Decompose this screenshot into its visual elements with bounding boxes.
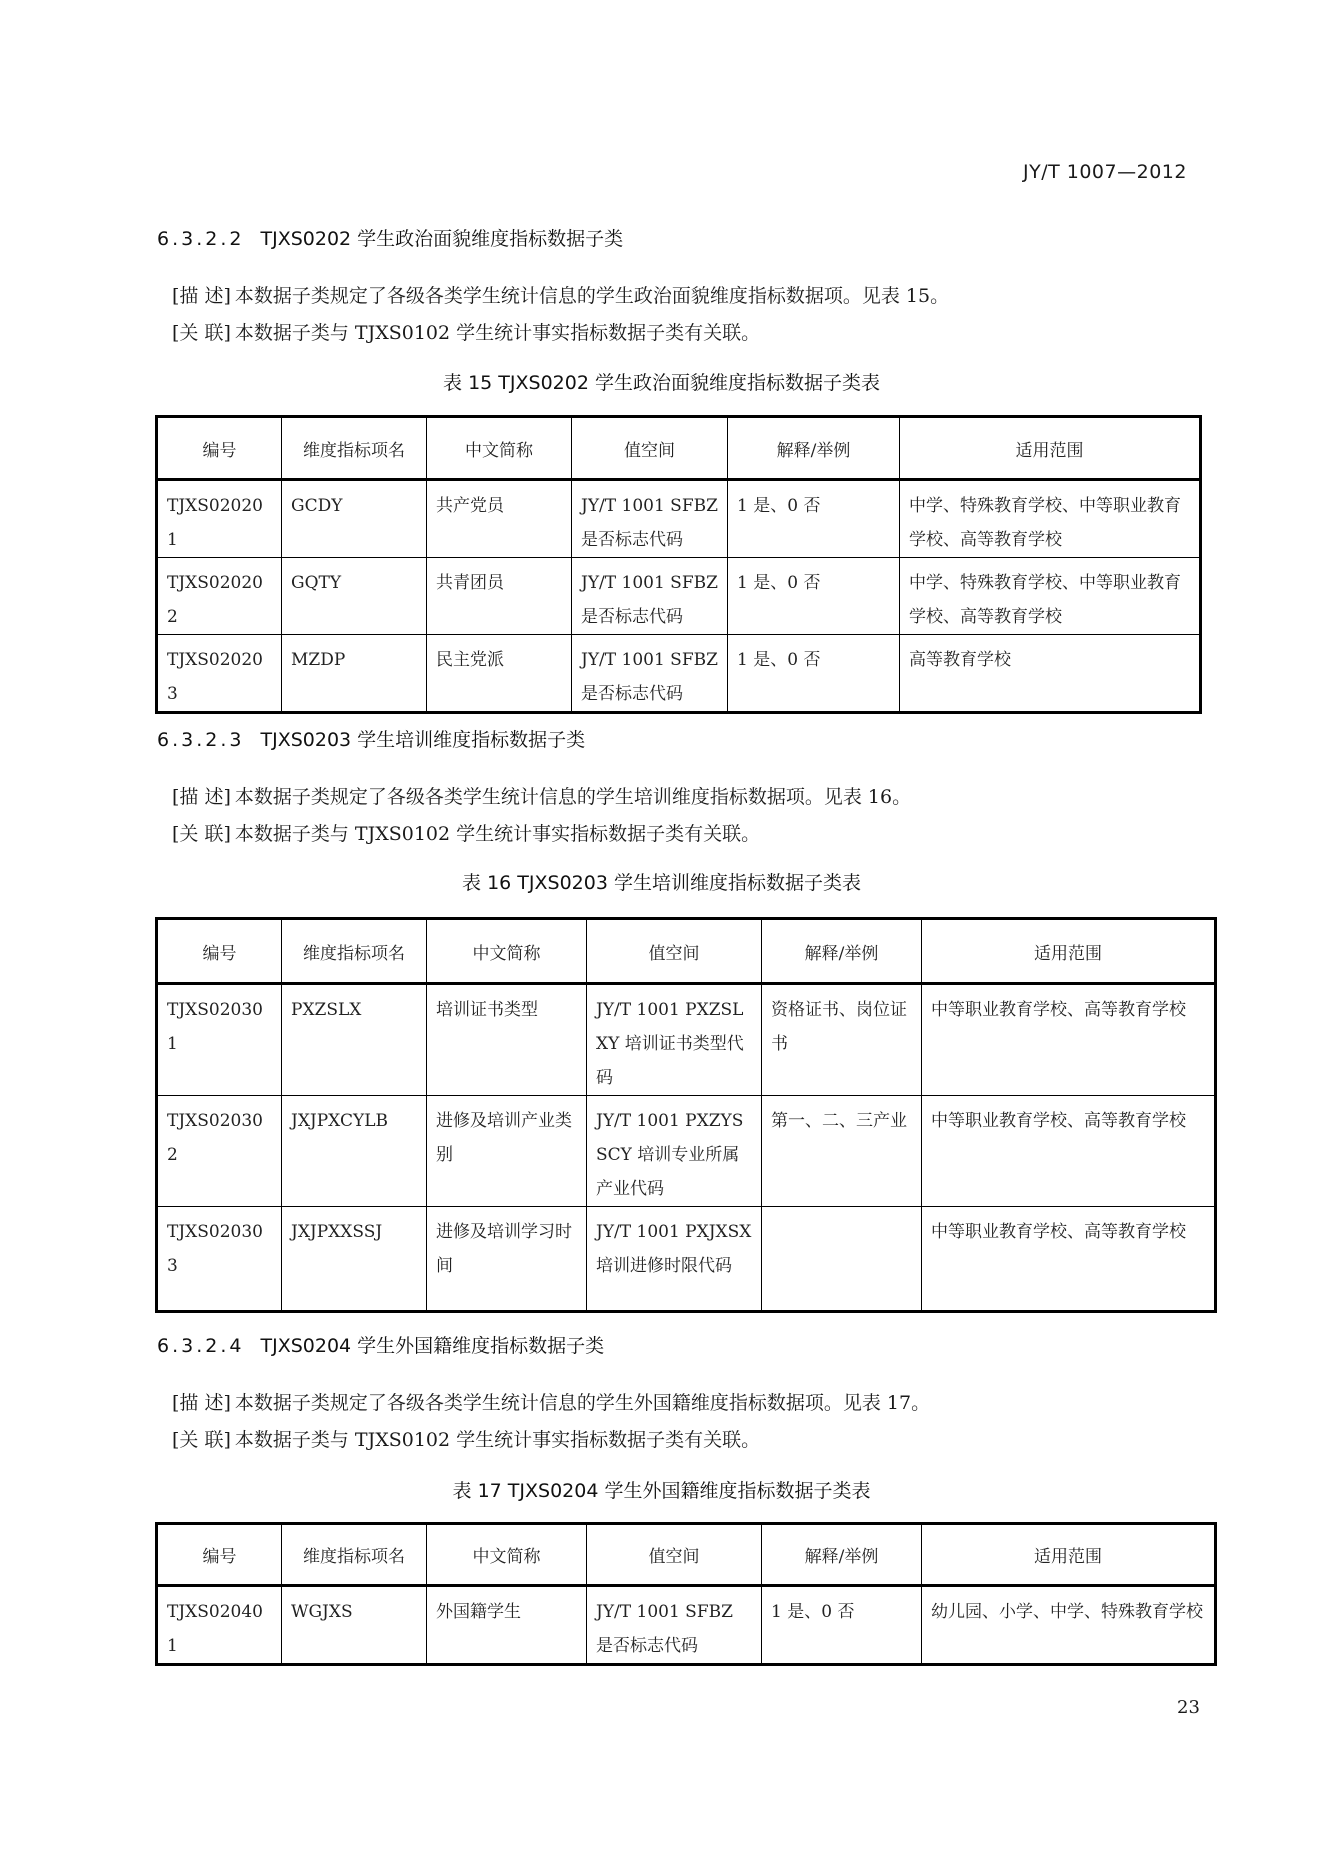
cell-value-space: JY/T 1001 SFBZ 是否标志代码 xyxy=(587,1586,762,1665)
cell-id: TJXS020401 xyxy=(157,1586,282,1665)
document-standard-code: JY/T 1007—2012 xyxy=(1023,161,1187,183)
column-header-cn: 中文简称 xyxy=(427,1524,587,1586)
relation-label: [关 联] xyxy=(172,322,231,344)
description-label: [描 述] xyxy=(172,285,231,307)
column-header-id: 编号 xyxy=(157,417,282,480)
relation-label: [关 联] xyxy=(172,823,231,845)
page-number: 23 xyxy=(1177,1697,1200,1718)
cell-name: GQTY xyxy=(282,558,427,635)
cell-example: 资格证书、岗位证书 xyxy=(762,984,922,1096)
cell-id: TJXS020201 xyxy=(157,480,282,558)
column-header-scope: 适用范围 xyxy=(922,919,1216,984)
section-title: TJXS0202 学生政治面貌维度指标数据子类 xyxy=(260,228,623,250)
cell-example: 1 是、0 否 xyxy=(728,480,900,558)
description-label: [描 述] xyxy=(172,786,231,808)
cell-example: 1 是、0 否 xyxy=(762,1586,922,1665)
description-paragraph: [描 述]本数据子类规定了各级各类学生统计信息的学生政治面貌维度指标数据项。见表… xyxy=(172,281,949,308)
column-header-name: 维度指标项名 xyxy=(282,1524,427,1586)
cell-value-space: JY/T 1001 PXZSLXY 培训证书类型代码 xyxy=(587,984,762,1096)
table-caption: 表 16 TJXS0203 学生培训维度指标数据子类表 xyxy=(0,868,1323,895)
column-header-scope: 适用范围 xyxy=(900,417,1201,480)
section-number: 6.3.2.2 xyxy=(157,228,244,250)
table-row: TJXS020301 PXZSLX 培训证书类型 JY/T 1001 PXZSL… xyxy=(157,984,1216,1096)
cell-id: TJXS020302 xyxy=(157,1096,282,1207)
description-paragraph: [描 述]本数据子类规定了各级各类学生统计信息的学生外国籍维度指标数据项。见表 … xyxy=(172,1388,930,1415)
cell-scope: 中等职业教育学校、高等教育学校 xyxy=(922,1096,1216,1207)
cell-scope: 中学、特殊教育学校、中等职业教育学校、高等教育学校 xyxy=(900,558,1201,635)
cell-value-space: JY/T 1001 PXJXSX 培训进修时限代码 xyxy=(587,1207,762,1312)
cell-example: 1 是、0 否 xyxy=(728,635,900,713)
cell-scope: 高等教育学校 xyxy=(900,635,1201,713)
cell-name: GCDY xyxy=(282,480,427,558)
column-header-name: 维度指标项名 xyxy=(282,919,427,984)
table-row: TJXS020203 MZDP 民主党派 JY/T 1001 SFBZ 是否标志… xyxy=(157,635,1201,713)
table-caption: 表 15 TJXS0202 学生政治面貌维度指标数据子类表 xyxy=(0,368,1323,395)
cell-name: WGJXS xyxy=(282,1586,427,1665)
cell-value-space: JY/T 1001 SFBZ 是否标志代码 xyxy=(572,558,728,635)
table-row: TJXS020401 WGJXS 外国籍学生 JY/T 1001 SFBZ 是否… xyxy=(157,1586,1216,1665)
cell-cn: 进修及培训学习时间 xyxy=(427,1207,587,1312)
data-table-16: 编号 维度指标项名 中文简称 值空间 解释/举例 适用范围 TJXS020301… xyxy=(155,917,1217,1313)
cell-value-space: JY/T 1001 SFBZ 是否标志代码 xyxy=(572,480,728,558)
table-row: TJXS020303 JXJPXXSSJ 进修及培训学习时间 JY/T 1001… xyxy=(157,1207,1216,1312)
section-heading-6-3-2-4: 6.3.2.4TJXS0204 学生外国籍维度指标数据子类 xyxy=(157,1331,604,1358)
cell-cn: 外国籍学生 xyxy=(427,1586,587,1665)
cell-example: 第一、二、三产业 xyxy=(762,1096,922,1207)
cell-name: PXZSLX xyxy=(282,984,427,1096)
data-table-15: 编号 维度指标项名 中文简称 值空间 解释/举例 适用范围 TJXS020201… xyxy=(155,415,1202,714)
table-row: TJXS020202 GQTY 共青团员 JY/T 1001 SFBZ 是否标志… xyxy=(157,558,1201,635)
cell-value-space: JY/T 1001 SFBZ 是否标志代码 xyxy=(572,635,728,713)
relation-label: [关 联] xyxy=(172,1429,231,1451)
description-text: 本数据子类规定了各级各类学生统计信息的学生培训维度指标数据项。见表 16。 xyxy=(235,786,911,808)
cell-example xyxy=(762,1207,922,1312)
relation-text: 本数据子类与 TJXS0102 学生统计事实指标数据子类有关联。 xyxy=(235,322,760,344)
section-heading-6-3-2-2: 6.3.2.2TJXS0202 学生政治面貌维度指标数据子类 xyxy=(157,224,623,251)
column-header-value-space: 值空间 xyxy=(572,417,728,480)
cell-id: TJXS020202 xyxy=(157,558,282,635)
table-header-row: 编号 维度指标项名 中文简称 值空间 解释/举例 适用范围 xyxy=(157,417,1201,480)
cell-cn: 共产党员 xyxy=(427,480,572,558)
section-number: 6.3.2.4 xyxy=(157,1335,244,1357)
column-header-name: 维度指标项名 xyxy=(282,417,427,480)
column-header-scope: 适用范围 xyxy=(922,1524,1216,1586)
cell-id: TJXS020303 xyxy=(157,1207,282,1312)
cell-name: JXJPXXSSJ xyxy=(282,1207,427,1312)
relation-text: 本数据子类与 TJXS0102 学生统计事实指标数据子类有关联。 xyxy=(235,1429,760,1451)
cell-scope: 中等职业教育学校、高等教育学校 xyxy=(922,1207,1216,1312)
cell-cn: 共青团员 xyxy=(427,558,572,635)
column-header-example: 解释/举例 xyxy=(762,1524,922,1586)
cell-cn: 培训证书类型 xyxy=(427,984,587,1096)
cell-id: TJXS020203 xyxy=(157,635,282,713)
cell-id: TJXS020301 xyxy=(157,984,282,1096)
cell-cn: 民主党派 xyxy=(427,635,572,713)
column-header-cn: 中文简称 xyxy=(427,919,587,984)
description-paragraph: [描 述]本数据子类规定了各级各类学生统计信息的学生培训维度指标数据项。见表 1… xyxy=(172,782,911,809)
cell-example: 1 是、0 否 xyxy=(728,558,900,635)
relation-paragraph: [关 联]本数据子类与 TJXS0102 学生统计事实指标数据子类有关联。 xyxy=(172,1425,760,1452)
cell-cn: 进修及培训产业类别 xyxy=(427,1096,587,1207)
column-header-cn: 中文简称 xyxy=(427,417,572,480)
data-table-17: 编号 维度指标项名 中文简称 值空间 解释/举例 适用范围 TJXS020401… xyxy=(155,1522,1217,1666)
section-number: 6.3.2.3 xyxy=(157,729,244,751)
column-header-example: 解释/举例 xyxy=(728,417,900,480)
description-label: [描 述] xyxy=(172,1392,231,1414)
section-heading-6-3-2-3: 6.3.2.3TJXS0203 学生培训维度指标数据子类 xyxy=(157,725,585,752)
cell-scope: 幼儿园、小学、中学、特殊教育学校 xyxy=(922,1586,1216,1665)
table-caption: 表 17 TJXS0204 学生外国籍维度指标数据子类表 xyxy=(0,1476,1323,1503)
relation-paragraph: [关 联]本数据子类与 TJXS0102 学生统计事实指标数据子类有关联。 xyxy=(172,819,760,846)
column-header-id: 编号 xyxy=(157,1524,282,1586)
table-row: TJXS020201 GCDY 共产党员 JY/T 1001 SFBZ 是否标志… xyxy=(157,480,1201,558)
column-header-value-space: 值空间 xyxy=(587,1524,762,1586)
cell-scope: 中等职业教育学校、高等教育学校 xyxy=(922,984,1216,1096)
table-header-row: 编号 维度指标项名 中文简称 值空间 解释/举例 适用范围 xyxy=(157,1524,1216,1586)
cell-name: JXJPXCYLB xyxy=(282,1096,427,1207)
table-row: TJXS020302 JXJPXCYLB 进修及培训产业类别 JY/T 1001… xyxy=(157,1096,1216,1207)
relation-paragraph: [关 联]本数据子类与 TJXS0102 学生统计事实指标数据子类有关联。 xyxy=(172,318,760,345)
description-text: 本数据子类规定了各级各类学生统计信息的学生政治面貌维度指标数据项。见表 15。 xyxy=(235,285,949,307)
column-header-id: 编号 xyxy=(157,919,282,984)
description-text: 本数据子类规定了各级各类学生统计信息的学生外国籍维度指标数据项。见表 17。 xyxy=(235,1392,930,1414)
section-title: TJXS0203 学生培训维度指标数据子类 xyxy=(260,729,585,751)
table-header-row: 编号 维度指标项名 中文简称 值空间 解释/举例 适用范围 xyxy=(157,919,1216,984)
column-header-example: 解释/举例 xyxy=(762,919,922,984)
cell-scope: 中学、特殊教育学校、中等职业教育学校、高等教育学校 xyxy=(900,480,1201,558)
column-header-value-space: 值空间 xyxy=(587,919,762,984)
cell-name: MZDP xyxy=(282,635,427,713)
section-title: TJXS0204 学生外国籍维度指标数据子类 xyxy=(260,1335,604,1357)
relation-text: 本数据子类与 TJXS0102 学生统计事实指标数据子类有关联。 xyxy=(235,823,760,845)
cell-value-space: JY/T 1001 PXZYSSCY 培训专业所属产业代码 xyxy=(587,1096,762,1207)
